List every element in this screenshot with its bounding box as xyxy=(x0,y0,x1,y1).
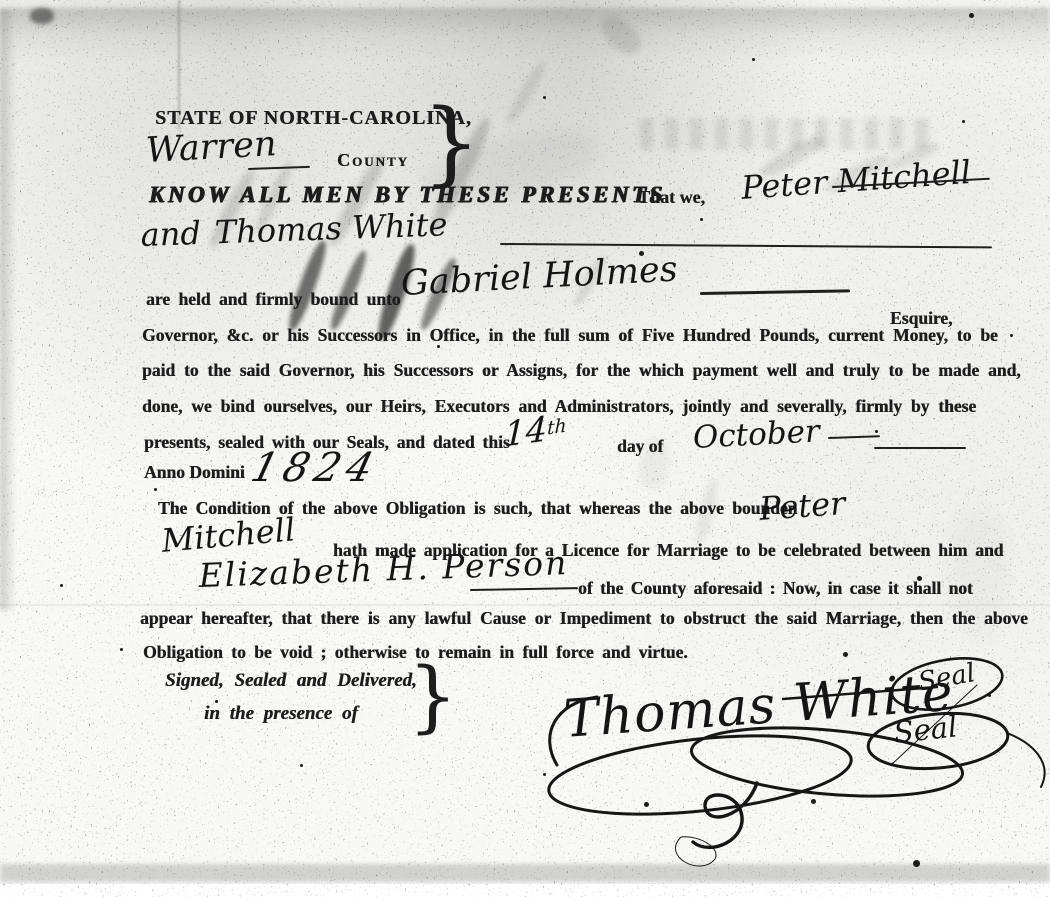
signature-descender-loops xyxy=(693,783,757,847)
that-we-text: That we, xyxy=(638,187,705,208)
pen-stroke xyxy=(248,166,310,170)
execution-brace: } xyxy=(408,662,458,732)
condition-line-county: of the County aforesaid : Now, in case i… xyxy=(578,578,973,599)
day-number: 14 xyxy=(504,409,548,456)
bleed-through-stamp xyxy=(640,118,930,150)
fold-crease-horizontal xyxy=(0,604,1050,606)
day-handwritten: 14th xyxy=(504,406,568,455)
pen-stroke xyxy=(874,447,966,449)
county-label: County xyxy=(337,150,409,171)
obligee-name-handwritten: Gabriel Holmes xyxy=(400,250,679,304)
and-word: and xyxy=(140,214,201,254)
condition-line-appear: appear hereafter, that there is any lawf… xyxy=(140,608,1028,629)
scan-edge-left xyxy=(0,10,16,610)
day-suffix: th xyxy=(547,416,567,440)
ink-smudge xyxy=(503,60,548,127)
pen-rule-line xyxy=(500,243,992,248)
surety-name: Thomas White xyxy=(214,205,448,251)
seal-annotation-bottom: Seal xyxy=(892,709,959,749)
month-handwritten: October xyxy=(692,413,821,456)
groom-first-handwritten: Peter xyxy=(758,484,847,528)
ink-smudge xyxy=(284,238,331,332)
obligation-line-governor: Governor, &c. or his Successors in Offic… xyxy=(142,325,998,346)
ink-smudge xyxy=(595,10,647,59)
scan-edge-top xyxy=(0,8,1050,60)
pen-stroke xyxy=(828,435,880,439)
signature-ink-blob xyxy=(676,837,717,866)
scanned-marriage-bond-document: STATE OF NORTH-CAROLINA, Warren County }… xyxy=(0,0,1050,897)
ink-smudge xyxy=(30,8,54,24)
county-name-handwritten: Warren xyxy=(145,124,277,171)
trailing-squiggle xyxy=(1007,733,1045,787)
proclamation-heading: KNOW ALL MEN BY THESE PRESENTS xyxy=(149,182,666,208)
year-handwritten: 1824 xyxy=(247,445,384,491)
header-brace: } xyxy=(422,102,481,185)
anno-domini-text: Anno Domini xyxy=(144,462,245,483)
day-of-text: day of xyxy=(617,436,663,457)
pen-stroke xyxy=(700,289,850,294)
ink-specks xyxy=(0,0,3,3)
presence-text: in the presence of xyxy=(204,703,358,725)
obligation-line-paid: paid to the said Governor, his Successor… xyxy=(142,360,1021,381)
pen-stroke xyxy=(470,587,578,591)
paper-bottom-margin xyxy=(0,884,1050,897)
bound-unto-text: are held and firmly bound unto xyxy=(146,289,401,310)
signed-sealed-text: Signed, Sealed and Delivered, xyxy=(165,670,417,692)
surety-line-handwritten: andThomas White xyxy=(140,205,448,254)
scan-edge-bottom xyxy=(0,864,1050,882)
